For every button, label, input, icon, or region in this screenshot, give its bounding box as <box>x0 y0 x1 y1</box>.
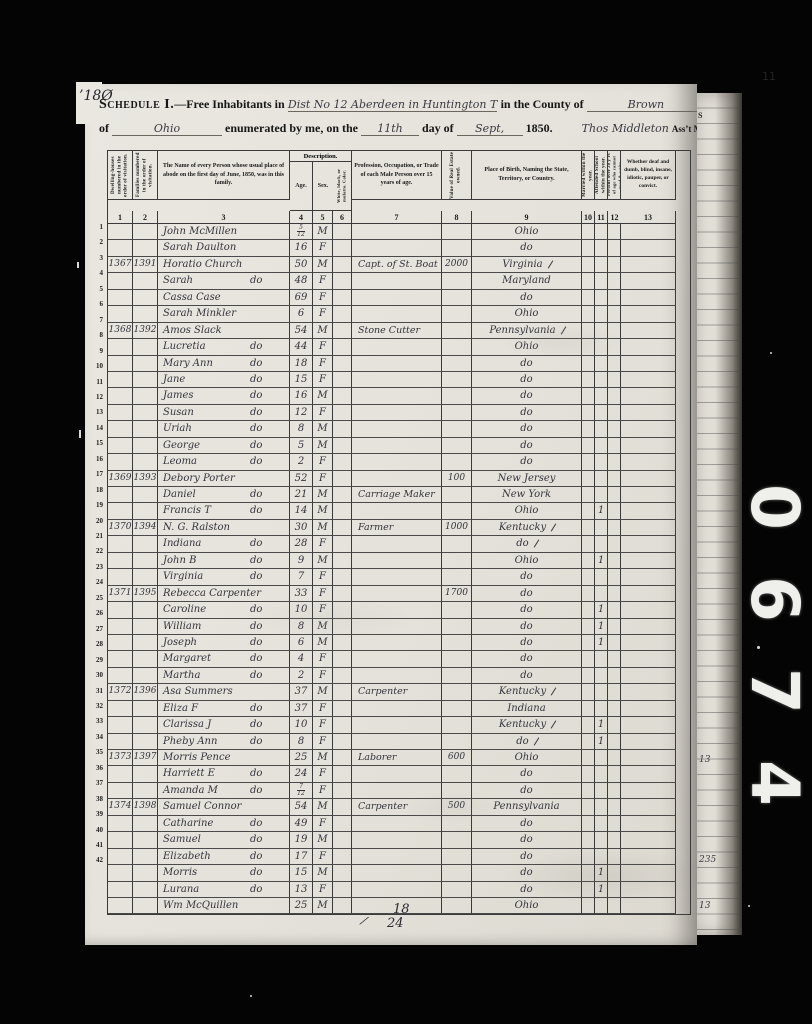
col-header-value: Value of Real Estate owned. <box>442 151 472 200</box>
cell-remarks <box>621 356 676 372</box>
cell-family-number <box>133 734 158 750</box>
cell-family-number <box>133 372 158 388</box>
given-name: Lurana <box>163 884 199 895</box>
check-stroke <box>533 737 539 745</box>
row-number: 12 <box>96 393 103 401</box>
cell-name: Pheby Anndo <box>158 734 290 750</box>
birthplace-text: do <box>520 785 532 796</box>
cell-birthplace: Ohio <box>472 750 582 766</box>
cell-birthplace: do <box>472 865 582 881</box>
cell-married-within-year <box>582 602 595 618</box>
cell-color <box>333 224 352 240</box>
marshal-signature: Thos Middleton <box>582 122 669 135</box>
ditto-mark: do <box>250 339 262 354</box>
dust-speck <box>770 352 772 354</box>
cell-married-within-year <box>582 668 595 684</box>
cell-color <box>333 520 352 536</box>
cell-dwelling-number <box>108 487 133 503</box>
cell-color <box>333 799 352 815</box>
birthplace-text: New York <box>502 489 551 500</box>
row-number: 37 <box>96 779 103 787</box>
cell-birthplace: Ohio <box>472 553 582 569</box>
cell-family-number: 1394 <box>133 520 158 536</box>
birthplace-text: New Jersey <box>498 473 556 484</box>
film-stamp-number: 0 6 7 4 <box>736 466 812 824</box>
birthplace-text: do <box>520 670 532 681</box>
cell-married-within-year <box>582 619 595 635</box>
birthplace-text: do <box>520 571 532 582</box>
cell-sex: M <box>313 503 333 519</box>
cell-remarks <box>621 388 676 404</box>
cell-cannot-read-write <box>608 832 621 848</box>
cell-occupation <box>352 651 442 667</box>
cell-sex: F <box>313 717 333 733</box>
cell-age: 512 <box>290 224 313 240</box>
cell-birthplace: do <box>472 766 582 782</box>
cell-married-within-year <box>582 520 595 536</box>
cell-family-number <box>133 865 158 881</box>
cell-family-number <box>133 503 158 519</box>
cell-occupation <box>352 536 442 552</box>
cell-name: Josephdo <box>158 635 290 651</box>
cell-family-number: 1391 <box>133 257 158 273</box>
ditto-mark: do <box>250 388 262 403</box>
cell-family-number <box>133 224 158 240</box>
cell-sex: M <box>313 388 333 404</box>
cell-color <box>333 454 352 470</box>
cell-sex: F <box>313 471 333 487</box>
row-number: 1 <box>100 223 104 231</box>
cell-attended-school <box>595 421 608 437</box>
cell-cannot-read-write <box>608 388 621 404</box>
cell-real-estate-value <box>442 734 472 750</box>
cell-sex: F <box>313 734 333 750</box>
col-header-sex: Sex. <box>313 162 333 211</box>
census-table: 1234567891011121314151617181920212223242… <box>107 150 691 915</box>
cell-name: Sarah Minkler <box>158 306 290 322</box>
cell-dwelling-number <box>108 240 133 256</box>
cell-married-within-year <box>582 651 595 667</box>
cell-married-within-year <box>582 734 595 750</box>
birthplace-text: Ohio <box>515 308 539 319</box>
cell-name: Horatio Church <box>158 257 290 273</box>
cell-remarks <box>621 602 676 618</box>
cell-color <box>333 816 352 832</box>
cell-name: Carolinedo <box>158 602 290 618</box>
cell-sex: F <box>313 306 333 322</box>
cell-dwelling-number <box>108 619 133 635</box>
cell-color <box>333 882 352 898</box>
given-name: Margaret <box>163 653 211 664</box>
cell-dwelling-number <box>108 816 133 832</box>
cell-married-within-year <box>582 405 595 421</box>
cell-color <box>333 586 352 602</box>
cell-real-estate-value: 600 <box>442 750 472 766</box>
cell-remarks <box>621 701 676 717</box>
cell-occupation <box>352 388 442 404</box>
cell-color <box>333 421 352 437</box>
given-name: Wm McQuillen <box>163 900 238 911</box>
cell-sex: F <box>313 536 333 552</box>
cell-real-estate-value <box>442 503 472 519</box>
cell-dwelling-number <box>108 849 133 865</box>
cell-family-number <box>133 553 158 569</box>
cell-cannot-read-write <box>608 273 621 289</box>
given-name: Joseph <box>163 637 197 648</box>
cell-birthplace: New York <box>472 487 582 503</box>
cell-birthplace: do <box>472 405 582 421</box>
scan-scratch <box>79 430 81 438</box>
cell-family-number <box>133 602 158 618</box>
cell-married-within-year <box>582 766 595 782</box>
cell-dwelling-number <box>108 306 133 322</box>
cell-sex: F <box>313 290 333 306</box>
cell-birthplace: do <box>472 882 582 898</box>
year-label: 1850. <box>526 121 553 135</box>
cell-occupation <box>352 356 442 372</box>
dust-speck <box>250 995 252 997</box>
cell-birthplace: do <box>472 290 582 306</box>
ditto-mark: do <box>250 569 262 584</box>
cell-cannot-read-write <box>608 569 621 585</box>
cell-birthplace: do <box>472 356 582 372</box>
given-name: Horatio Church <box>163 259 242 270</box>
cell-married-within-year <box>582 356 595 372</box>
cell-cannot-read-write <box>608 240 621 256</box>
cell-cannot-read-write <box>608 372 621 388</box>
cell-age: 28 <box>290 536 313 552</box>
cell-age: 54 <box>290 799 313 815</box>
cell-married-within-year <box>582 454 595 470</box>
cell-attended-school <box>595 454 608 470</box>
cell-married-within-year <box>582 273 595 289</box>
cell-cannot-read-write <box>608 651 621 667</box>
cell-attended-school: 1 <box>595 734 608 750</box>
cell-name: Amanda Mdo <box>158 783 290 799</box>
cell-age: 7 <box>290 569 313 585</box>
birthplace-text: do <box>520 884 532 895</box>
cell-name: Debory Porter <box>158 471 290 487</box>
cell-married-within-year <box>582 339 595 355</box>
cell-sex: F <box>313 339 333 355</box>
cell-age: 712 <box>290 783 313 799</box>
cell-attended-school <box>595 520 608 536</box>
cell-color <box>333 701 352 717</box>
cell-real-estate-value <box>442 536 472 552</box>
cell-name: Eliza Fdo <box>158 701 290 717</box>
cell-attended-school: 1 <box>595 865 608 881</box>
cell-real-estate-value: 500 <box>442 799 472 815</box>
state-entry: Ohio <box>112 122 222 136</box>
cell-cannot-read-write <box>608 454 621 470</box>
cell-attended-school <box>595 783 608 799</box>
cell-dwelling-number: 1367 <box>108 257 133 273</box>
given-name: Morris Pence <box>163 752 231 763</box>
cell-color <box>333 766 352 782</box>
cell-married-within-year <box>582 865 595 881</box>
cell-dwelling-number <box>108 372 133 388</box>
cell-color <box>333 832 352 848</box>
cell-real-estate-value: 1700 <box>442 586 472 602</box>
stamp-digit: 7 <box>733 668 812 714</box>
cell-color <box>333 487 352 503</box>
cell-dwelling-number <box>108 651 133 667</box>
row-number: 22 <box>96 547 103 555</box>
cell-occupation <box>352 421 442 437</box>
cell-age: 15 <box>290 865 313 881</box>
cell-attended-school <box>595 290 608 306</box>
given-name: Leoma <box>163 456 197 467</box>
age-fraction: 512 <box>297 225 305 239</box>
cell-attended-school: 1 <box>595 717 608 733</box>
col-num-8: 8 <box>442 211 472 224</box>
cell-age: 37 <box>290 684 313 700</box>
cell-age: 17 <box>290 849 313 865</box>
birthplace-text: do <box>520 358 532 369</box>
row-number: 23 <box>96 563 103 571</box>
ditto-mark: do <box>250 356 262 371</box>
cell-name: Catharinedo <box>158 816 290 832</box>
cell-name: John Bdo <box>158 553 290 569</box>
cell-dwelling-number <box>108 635 133 651</box>
cell-married-within-year <box>582 882 595 898</box>
birthplace-text: do <box>520 653 532 664</box>
cell-married-within-year <box>582 388 595 404</box>
cell-age: 25 <box>290 750 313 766</box>
cell-occupation <box>352 586 442 602</box>
row-number: 41 <box>96 841 103 849</box>
cell-name: John McMillen <box>158 224 290 240</box>
cell-dwelling-number: 1374 <box>108 799 133 815</box>
cell-color <box>333 438 352 454</box>
cell-age: 12 <box>290 405 313 421</box>
given-name: Jane <box>163 374 185 385</box>
col-num-7: 7 <box>352 211 442 224</box>
cell-name: Jamesdo <box>158 388 290 404</box>
cell-remarks <box>621 619 676 635</box>
cell-dwelling-number <box>108 766 133 782</box>
row-number: 38 <box>96 795 103 803</box>
form-header-line1: Schedule I.—Free Inhabitants in Dist No … <box>99 96 689 113</box>
cell-remarks <box>621 635 676 651</box>
cell-family-number <box>133 569 158 585</box>
in-county-of-label: in the County of <box>501 97 584 111</box>
cell-cannot-read-write <box>608 816 621 832</box>
cell-real-estate-value <box>442 668 472 684</box>
cell-age: 44 <box>290 339 313 355</box>
cell-name: Susando <box>158 405 290 421</box>
cell-family-number <box>133 405 158 421</box>
row-number: 32 <box>96 702 103 710</box>
cell-cannot-read-write <box>608 750 621 766</box>
ditto-mark: do <box>250 734 262 749</box>
cell-occupation: Carpenter <box>352 684 442 700</box>
cell-real-estate-value <box>442 438 472 454</box>
birthplace-text: Ohio <box>515 900 539 911</box>
cell-family-number <box>133 454 158 470</box>
cell-attended-school: 1 <box>595 635 608 651</box>
given-name: Francis T <box>163 505 211 516</box>
cell-birthplace: Virginia <box>472 257 582 273</box>
check-stroke <box>551 523 557 531</box>
cell-name: Marthado <box>158 668 290 684</box>
cell-sex: F <box>313 240 333 256</box>
cell-age: 5 <box>290 438 313 454</box>
cell-family-number <box>133 882 158 898</box>
col-num-3: 3 <box>158 211 290 224</box>
cell-name: Asa Summers <box>158 684 290 700</box>
cell-family-number <box>133 487 158 503</box>
cell-cannot-read-write <box>608 257 621 273</box>
col-num-10: 10 <box>582 211 595 224</box>
cell-color <box>333 273 352 289</box>
cell-occupation <box>352 471 442 487</box>
cell-real-estate-value <box>442 240 472 256</box>
cell-attended-school <box>595 339 608 355</box>
cell-real-estate-value <box>442 388 472 404</box>
cell-name: Samuel Connor <box>158 799 290 815</box>
cell-color <box>333 750 352 766</box>
ditto-mark: do <box>250 882 262 897</box>
ditto-mark: do <box>250 832 262 847</box>
enumerated-label: enumerated by me, on the <box>225 121 358 135</box>
cell-remarks <box>621 832 676 848</box>
cell-real-estate-value <box>442 898 472 914</box>
cell-age: 2 <box>290 668 313 684</box>
cell-sex: M <box>313 553 333 569</box>
cell-color <box>333 849 352 865</box>
cell-real-estate-value <box>442 569 472 585</box>
cell-married-within-year <box>582 832 595 848</box>
cell-sex: F <box>313 602 333 618</box>
cell-real-estate-value <box>442 619 472 635</box>
given-name: Lucretia <box>163 341 206 352</box>
cell-real-estate-value <box>442 684 472 700</box>
birthplace-text: do <box>520 768 532 779</box>
cell-age: 33 <box>290 586 313 602</box>
ditto-mark: do <box>250 816 262 831</box>
cell-age: 2 <box>290 454 313 470</box>
ditto-mark: do <box>250 421 262 436</box>
cell-remarks <box>621 750 676 766</box>
adjacent-clipped-number: 13 <box>699 755 710 765</box>
cell-dwelling-number <box>108 832 133 848</box>
cell-occupation <box>352 553 442 569</box>
cell-cannot-read-write <box>608 438 621 454</box>
row-number: 36 <box>96 764 103 772</box>
cell-birthplace: do <box>472 421 582 437</box>
col-header-dwelling: Dwelling-houses numbered in the order of… <box>108 151 133 200</box>
cell-age: 16 <box>290 388 313 404</box>
cell-real-estate-value <box>442 651 472 667</box>
cell-real-estate-value <box>442 717 472 733</box>
cell-married-within-year <box>582 701 595 717</box>
birthplace-text: do <box>520 423 532 434</box>
cell-age: 6 <box>290 306 313 322</box>
scanned-census-page: { "page_mark": "’18Ø", "corner_film_numb… <box>0 0 812 1024</box>
cell-birthplace: do <box>472 619 582 635</box>
given-name: Elizabeth <box>163 851 211 862</box>
cell-color <box>333 388 352 404</box>
given-name: Caroline <box>163 604 206 615</box>
given-name: Daniel <box>163 489 196 500</box>
cell-attended-school <box>595 569 608 585</box>
cell-color <box>333 898 352 914</box>
cell-family-number <box>133 717 158 733</box>
schedule-label: Schedule I. <box>99 97 174 112</box>
cell-name: Virginiado <box>158 569 290 585</box>
ditto-mark: do <box>250 273 262 288</box>
row-number: 39 <box>96 810 103 818</box>
cell-attended-school: 1 <box>595 503 608 519</box>
cell-birthplace: do <box>472 586 582 602</box>
cell-occupation <box>352 619 442 635</box>
cell-married-within-year <box>582 372 595 388</box>
cell-married-within-year <box>582 750 595 766</box>
cell-family-number <box>133 832 158 848</box>
cell-dwelling-number <box>108 356 133 372</box>
row-number: 31 <box>96 687 103 695</box>
cell-sex: M <box>313 421 333 437</box>
cell-cannot-read-write <box>608 668 621 684</box>
cell-attended-school <box>595 306 608 322</box>
cell-attended-school <box>595 471 608 487</box>
month-entry: Sept, <box>457 122 523 136</box>
cell-cannot-read-write <box>608 635 621 651</box>
given-name: Clarissa J <box>163 719 211 730</box>
row-number: 33 <box>96 717 103 725</box>
cell-occupation <box>352 454 442 470</box>
ditto-mark: do <box>250 536 262 551</box>
cell-age: 49 <box>290 816 313 832</box>
row-number: 8 <box>100 331 104 339</box>
cell-name: Cassa Case <box>158 290 290 306</box>
cell-sex: M <box>313 323 333 339</box>
stamp-digit: 0 <box>733 484 812 530</box>
cell-birthplace: Indiana <box>472 701 582 717</box>
cell-cannot-read-write <box>608 882 621 898</box>
birthplace-text: do <box>520 867 532 878</box>
cell-name: Lucretiado <box>158 339 290 355</box>
cell-dwelling-number: 1369 <box>108 471 133 487</box>
cell-family-number: 1397 <box>133 750 158 766</box>
cell-remarks <box>621 651 676 667</box>
cell-married-within-year <box>582 849 595 865</box>
cell-cannot-read-write <box>608 306 621 322</box>
cell-dwelling-number <box>108 339 133 355</box>
row-number: 2 <box>100 238 104 246</box>
cell-occupation <box>352 224 442 240</box>
cell-attended-school: 1 <box>595 882 608 898</box>
cell-sex: M <box>313 750 333 766</box>
birthplace-text: Virginia <box>502 259 542 270</box>
row-number: 14 <box>96 424 103 432</box>
cell-dwelling-number <box>108 882 133 898</box>
cell-cannot-read-write <box>608 766 621 782</box>
cell-sex: F <box>313 273 333 289</box>
tally-bottom-number: 24 <box>387 916 404 931</box>
cell-age: 8 <box>290 421 313 437</box>
cell-married-within-year <box>582 224 595 240</box>
cell-age: 9 <box>290 553 313 569</box>
check-stroke <box>560 326 566 334</box>
given-name: Morris <box>163 867 197 878</box>
ditto-mark: do <box>250 454 262 469</box>
ditto-mark: do <box>250 635 262 650</box>
birthplace-text: do <box>520 834 532 845</box>
cell-sex: M <box>313 487 333 503</box>
birthplace-text: Kentucky <box>499 719 546 730</box>
